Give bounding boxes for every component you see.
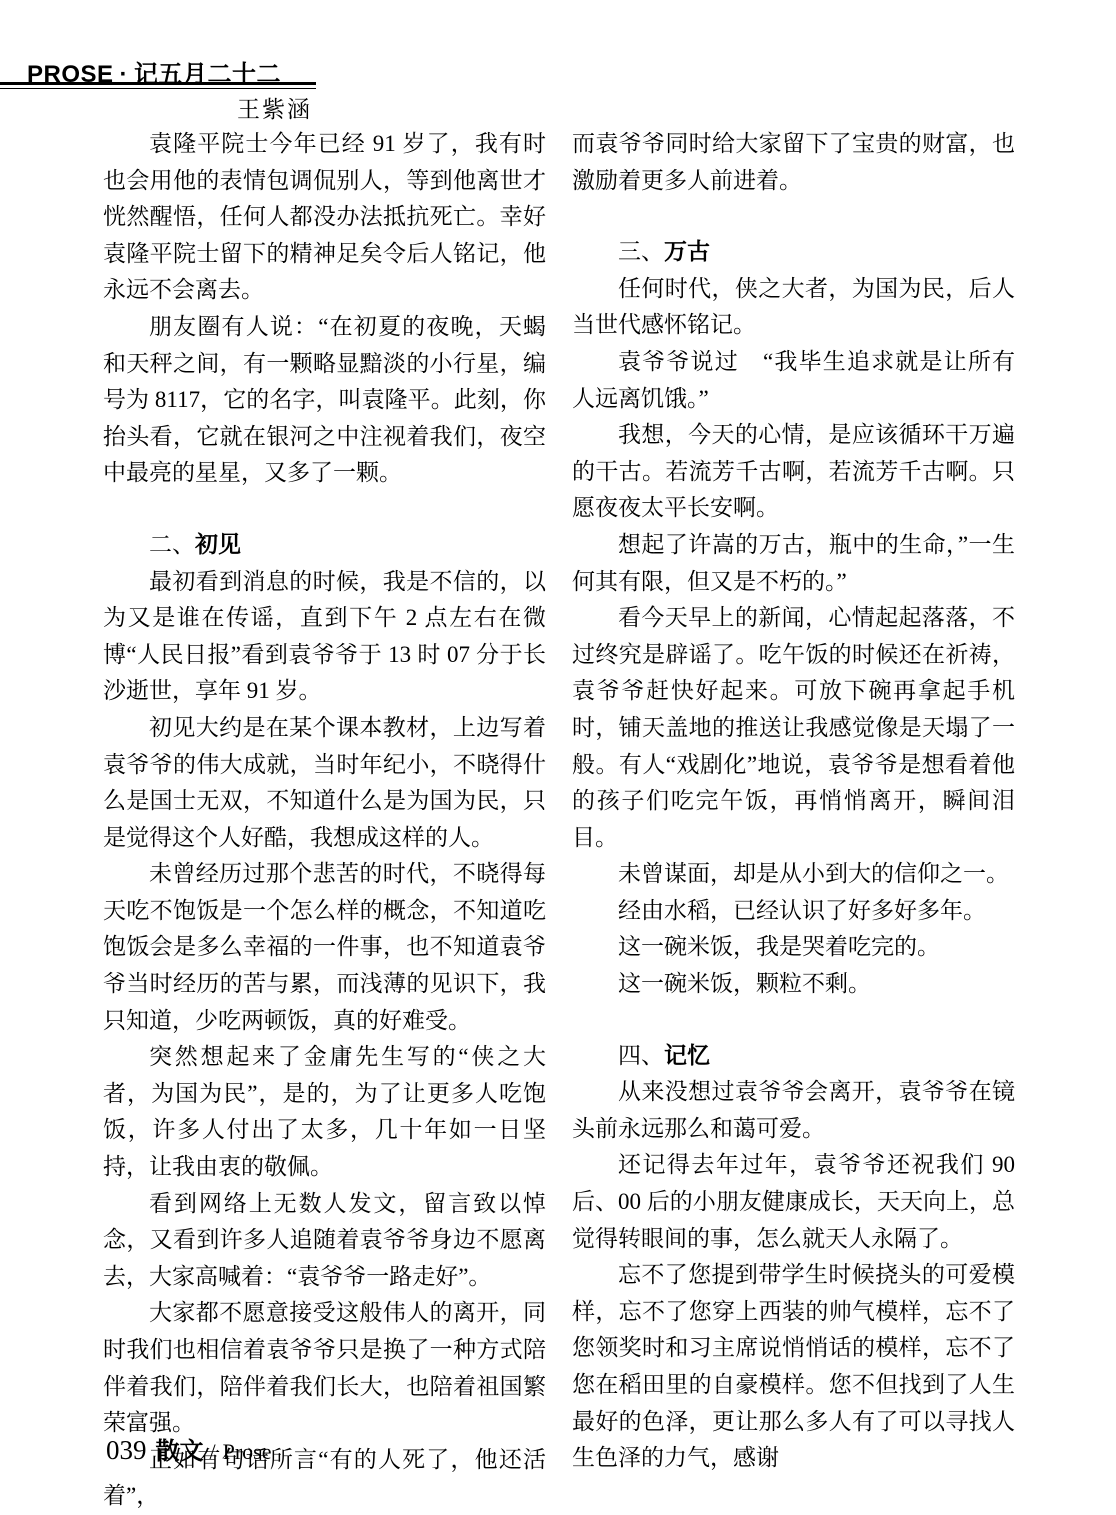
masthead-rule-thick	[0, 82, 316, 85]
page-number: 039	[106, 1435, 147, 1466]
column-left: 袁隆平院士今年已经 91 岁了，我有时也会用他的表情包调侃别人，等到他离世才恍然…	[103, 126, 546, 1515]
section-title: 万古	[664, 239, 710, 264]
page-footer: 039 散文 / Prose	[106, 1431, 272, 1466]
paragraph: 从来没想过袁爷爷会离开，袁爷爷在镜头前永远那么和蔼可爱。	[572, 1074, 1015, 1147]
footer-slash: /	[210, 1439, 216, 1465]
section-heading: 四、记忆	[572, 1038, 1015, 1075]
author-name: 王紫涵	[0, 91, 312, 124]
paragraph: 未曾谋面，却是从小到大的信仰之一。	[572, 856, 1015, 893]
magazine-page: PROSE·记五月二十二 王紫涵 袁隆平院士今年已经 91 岁了，我有时也会用他…	[0, 0, 1116, 1515]
paragraph: 看今天早上的新闻，心情起起落落，不过终究是辟谣了。吃午饭的时候还在祈祷，袁爷爷赶…	[572, 600, 1015, 856]
article-body: 袁隆平院士今年已经 91 岁了，我有时也会用他的表情包调侃别人，等到他离世才恍然…	[103, 126, 1015, 1515]
masthead-rule-thin	[0, 88, 316, 89]
paragraph: 突然想起来了金庸先生写的“侠之大者，为国为民”，是的，为了让更多人吃饱饭，许多人…	[103, 1039, 546, 1185]
section-title: 记忆	[664, 1043, 710, 1068]
paragraph: 初见大约是在某个课本教材，上边写着袁爷爷的伟大成就，当时年纪小，不晓得什么是国士…	[103, 710, 546, 856]
paragraph: 未曾经历过那个悲苦的时代，不晓得每天吃不饱饭是一个怎么样的概念，不知道吃饱饭会是…	[103, 856, 546, 1039]
paragraph: 忘不了您提到带学生时候挠头的可爱模样，忘不了您穿上西装的帅气模样，忘不了您领奖时…	[572, 1257, 1015, 1477]
paragraph: 想起了许嵩的万古，瓶中的生命，”一生何其有限，但又是不朽的。”	[572, 527, 1015, 600]
paragraph: 这一碗米饭，颗粒不剩。	[572, 966, 1015, 1003]
paragraph: 看到网络上无数人发文，留言致以悼念，又看到许多人追随着袁爷爷身边不愿离去，大家高…	[103, 1186, 546, 1296]
section-heading: 二、初见	[103, 527, 546, 564]
section-number: 三、	[618, 239, 664, 264]
paragraph: 这一碗米饭，我是哭着吃完的。	[572, 929, 1015, 966]
section-number: 二、	[149, 532, 195, 557]
paragraph: 还记得去年过年，袁爷爷还祝我们 90 后、00 后的小朋友健康成长，天天向上，总…	[572, 1147, 1015, 1257]
paragraph: 而袁爷爷同时给大家留下了宝贵的财富，也激励着更多人前进着。	[572, 126, 1015, 199]
paragraph: 任何时代，侠之大者，为国为民，后人当世代感怀铭记。	[572, 271, 1015, 344]
section-number: 四、	[618, 1043, 664, 1068]
paragraph: 最初看到消息的时候，我是不信的，以为又是谁在传谣，直到下午 2 点左右在微博“人…	[103, 564, 546, 710]
paragraph: 经由水稻，已经认识了好多好多年。	[572, 893, 1015, 930]
column-right: 而袁爷爷同时给大家留下了宝贵的财富，也激励着更多人前进着。三、万古任何时代，侠之…	[572, 126, 1015, 1515]
footer-section-en: Prose	[223, 1439, 272, 1465]
section-title: 初见	[195, 532, 241, 557]
paragraph: 朋友圈有人说：“在初夏的夜晚，天蝎和天秤之间，有一颗略显黯淡的小行星，编号为 8…	[103, 309, 546, 492]
paragraph: 大家都不愿意接受这般伟人的离开，同时我们也相信着袁爷爷只是换了一种方式陪伴着我们…	[103, 1295, 546, 1441]
paragraph: 袁隆平院士今年已经 91 岁了，我有时也会用他的表情包调侃别人，等到他离世才恍然…	[103, 126, 546, 309]
paragraph: 袁爷爷说过 “我毕生追求就是让所有人远离饥饿。”	[572, 344, 1015, 417]
paragraph: 我想，今天的心情，是应该循环干万遍的干古。若流芳千古啊，若流芳千古啊。只愿夜夜太…	[572, 417, 1015, 527]
footer-section-cn: 散文	[156, 1431, 204, 1466]
section-heading: 三、万古	[572, 234, 1015, 271]
